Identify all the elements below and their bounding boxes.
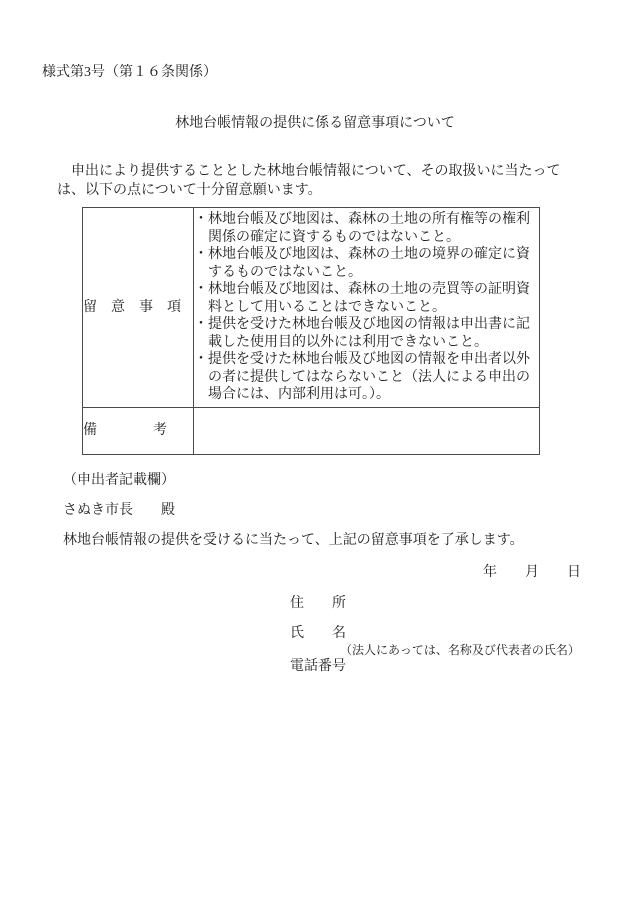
remarks-row: 備 考 [83,408,540,455]
notice-item: ・提供を受けた林地台帳及び地図の情報を申出者以外の者に提供してはならないこと（法… [194,351,539,404]
notice-header-label: 留 意 事 項 [83,300,181,315]
notice-item: ・林地台帳及び地図は、森林の土地の売買等の証明資料として用いることはできないこと… [194,281,539,316]
notice-header-cell: 留 意 事 項 [83,208,194,408]
document-page: 様式第3号（第１６条関係） 林地台帳情報の提供に係る留意事項について 申出により… [0,0,630,903]
date-line: 年 月 日 [0,564,630,582]
intro-paragraph: 申出により提供することとした林地台帳情報について、その取扱いに当たっては、以下の… [57,163,579,200]
address-label: 住 所 [290,595,630,613]
remarks-header-cell: 備 考 [83,408,194,455]
applicant-section-label: （申出者記載欄） [63,472,630,490]
phone-label: 電話番号 [290,658,630,676]
document-title: 林地台帳情報の提供に係る留意事項について [0,115,630,133]
name-note: （法人にあっては、名称及び代表者の氏名） [340,644,630,657]
notice-item: ・提供を受けた林地台帳及び地図の情報は申出書に記載した使用目的以外には利用できな… [194,316,539,351]
remarks-value-cell [194,408,540,455]
contact-block: 住 所 氏 名 （法人にあっては、名称及び代表者の氏名） 電話番号 [290,595,630,676]
name-label: 氏 名 [290,625,630,643]
acknowledgement-statement: 林地台帳情報の提供を受けるに当たって、上記の留意事項を了承します。 [63,532,630,550]
notice-items-cell: ・林地台帳及び地図は、森林の土地の所有権等の権利関係の確定に資するものではないこ… [194,208,540,408]
notice-item: ・林地台帳及び地図は、森林の土地の所有権等の権利関係の確定に資するものではないこ… [194,211,539,246]
notice-row: 留 意 事 項 ・林地台帳及び地図は、森林の土地の所有権等の権利関係の確定に資す… [83,208,540,408]
notice-item: ・林地台帳及び地図は、森林の土地の境界の確定に資するものではないこと。 [194,246,539,281]
notice-table: 留 意 事 項 ・林地台帳及び地図は、森林の土地の所有権等の権利関係の確定に資す… [82,207,540,455]
remarks-header-label: 備 考 [83,423,167,438]
form-number-label: 様式第3号（第１６条関係） [42,0,630,82]
addressee-line: さぬき市長 殿 [63,502,630,520]
